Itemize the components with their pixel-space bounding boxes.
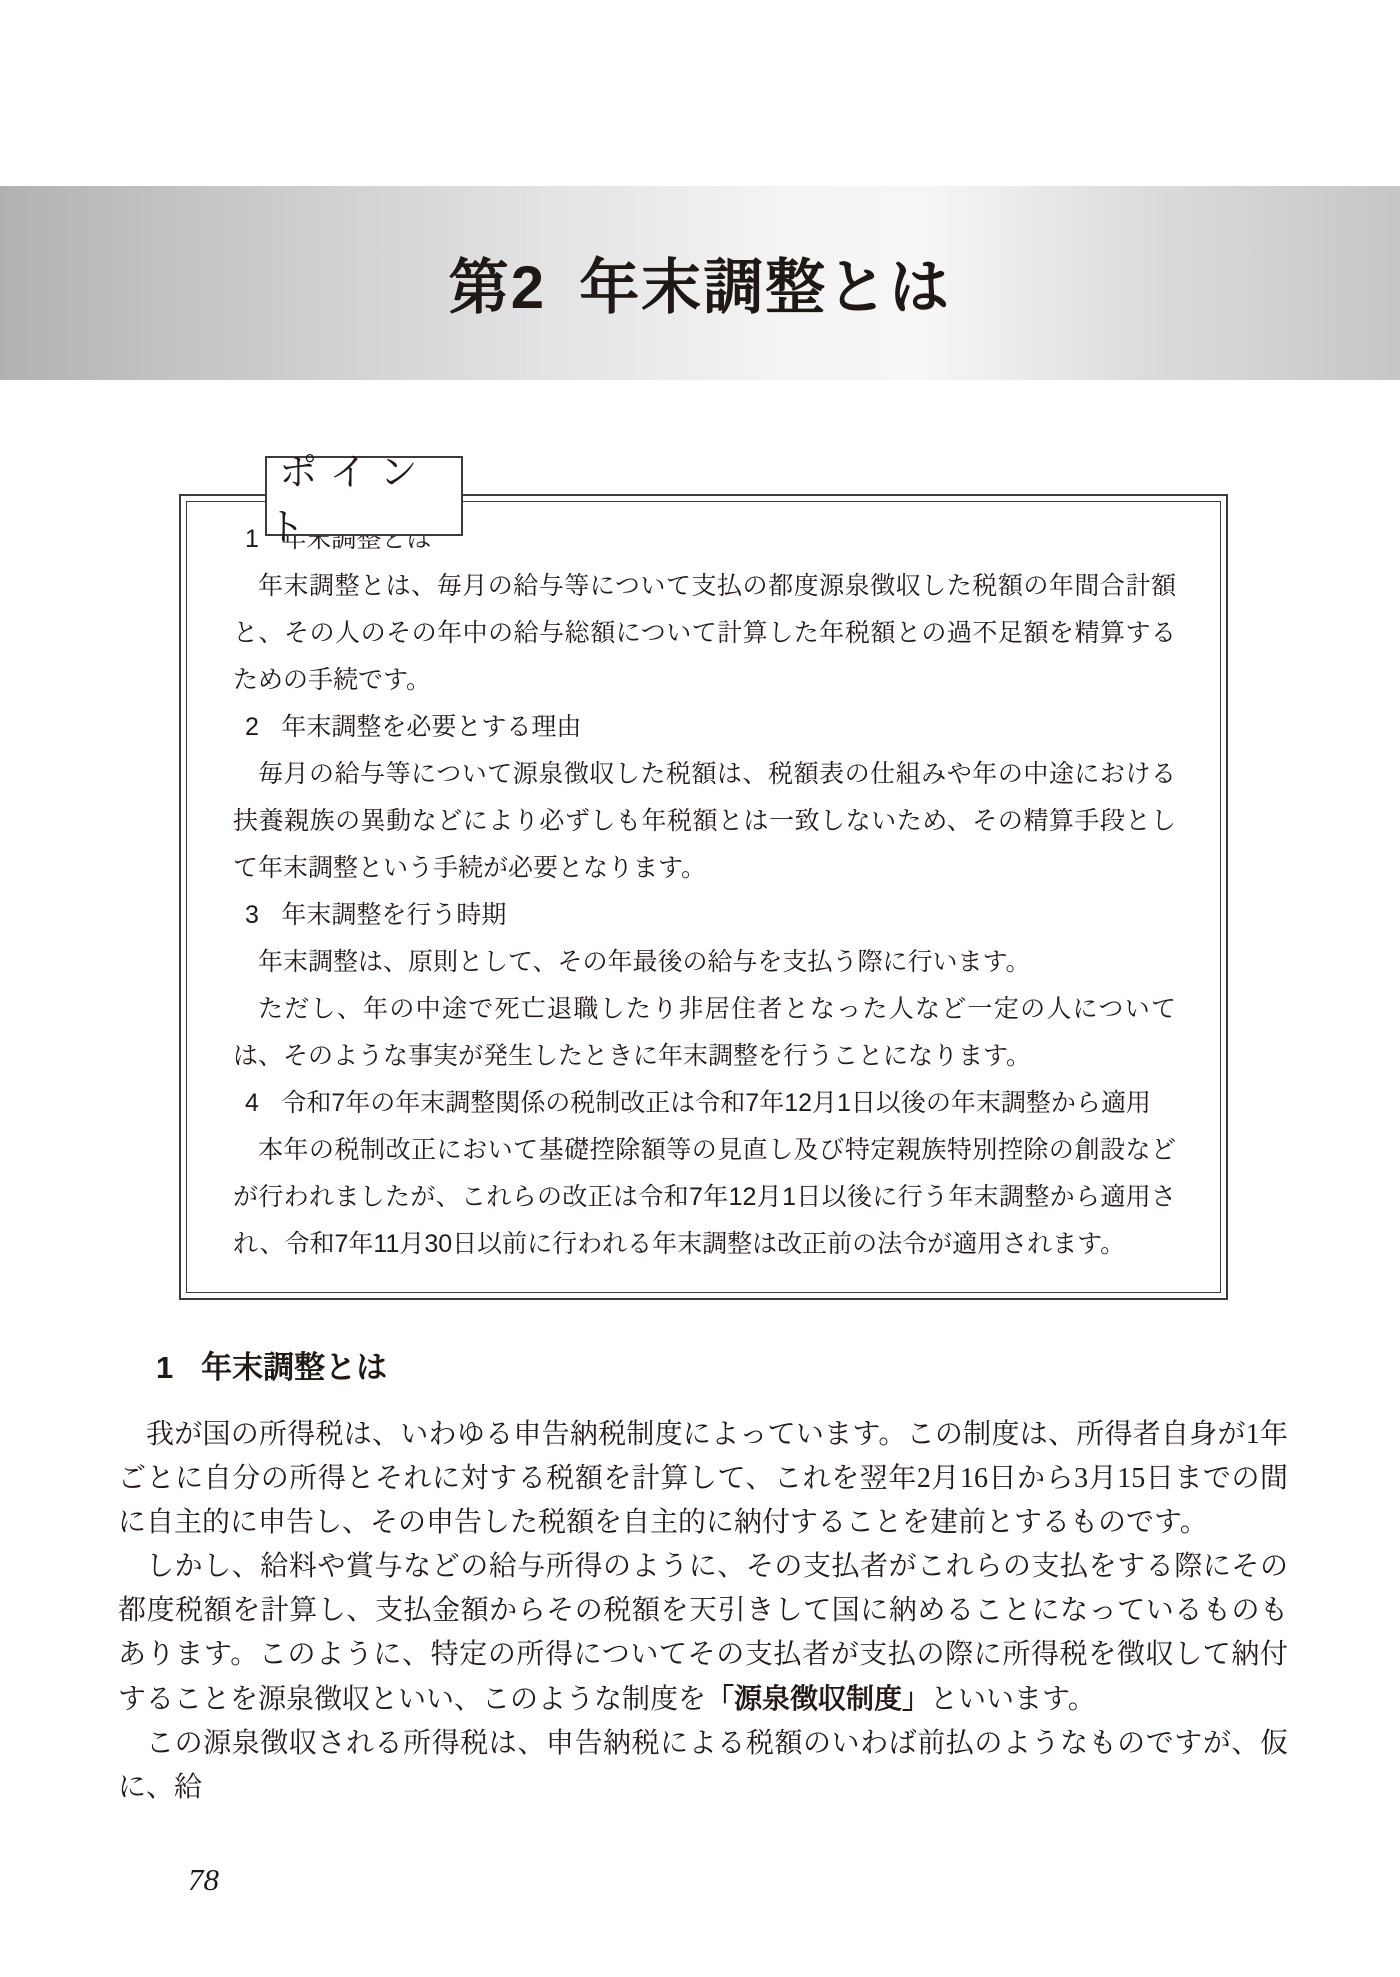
point-box-content: 1年末調整とは 年末調整とは、毎月の給与等について支払の都度源泉徴収した税額の年… — [186, 501, 1221, 1293]
point-item: 4令和7年の年末調整関係の税制改正は令和7年12月1日以後の年末調整から適用 本… — [233, 1080, 1176, 1268]
point-item-number: 1 — [245, 525, 259, 553]
body-paragraph: この源泉徴収される所得税は、申告納税による税額のいわば前払のようなものですが、仮… — [118, 1722, 1288, 1810]
point-item-title: 令和7年の年末調整関係の税制改正は令和7年12月1日以後の年末調整から適用 — [281, 1089, 1151, 1117]
point-item-paragraph: ただし、年の中途で死亡退職したり非居住者となった人など一定の人については、そのよ… — [233, 986, 1176, 1080]
body-paragraph: 我が国の所得税は、いわゆる申告納税制度によっています。この制度は、所得者自身が1… — [118, 1413, 1288, 1545]
chapter-title-text: 年末調整とは — [579, 254, 951, 321]
point-item: 2年末調整を必要とする理由 毎月の給与等について源泉徴収した税額は、税額表の仕組… — [233, 704, 1176, 892]
point-item-title: 年末調整を行う時期 — [281, 901, 506, 929]
body-paragraph: しかし、給料や賞与などの給与所得のように、その支払者がこれらの支払をする際にその… — [118, 1545, 1288, 1722]
chapter-banner: 第2年末調整とは — [0, 186, 1400, 380]
point-item-number: 4 — [245, 1089, 259, 1117]
body-text: 我が国の所得税は、いわゆる申告納税制度によっています。この制度は、所得者自身が1… — [118, 1413, 1288, 1810]
point-box-label: ポイント — [265, 456, 463, 536]
point-item-number: 2 — [245, 713, 259, 741]
paragraph-text: といいます。 — [930, 1684, 1096, 1715]
point-item-heading: 4令和7年の年末調整関係の税制改正は令和7年12月1日以後の年末調整から適用 — [233, 1080, 1176, 1127]
point-item-paragraph: 毎月の給与等について源泉徴収した税額は、税額表の仕組みや年の中途における扶養親族… — [233, 751, 1176, 892]
section-heading: 1年末調整とは — [156, 1342, 1400, 1387]
section-number: 1 — [156, 1350, 173, 1385]
chapter-title: 第2年末調整とは — [449, 240, 951, 326]
point-item-heading: 2年末調整を必要とする理由 — [233, 704, 1176, 751]
point-item-number: 3 — [245, 901, 259, 929]
point-item-paragraph: 年末調整とは、毎月の給与等について支払の都度源泉徴収した税額の年間合計額と、その… — [233, 563, 1176, 704]
point-item-title: 年末調整を必要とする理由 — [281, 713, 581, 741]
point-item-heading: 3年末調整を行う時期 — [233, 892, 1176, 939]
emphasized-term: 「源泉徴収制度」 — [706, 1683, 930, 1714]
chapter-number: 第2 — [449, 254, 546, 321]
point-box: ポイント 1年末調整とは 年末調整とは、毎月の給与等について支払の都度源泉徴収し… — [179, 494, 1228, 1300]
point-item: 3年末調整を行う時期 年末調整は、原則として、その年最後の給与を支払う際に行いま… — [233, 892, 1176, 1080]
page-number: 78 — [188, 1862, 1400, 1898]
section-title: 年末調整とは — [201, 1350, 387, 1385]
point-item-paragraph: 本年の税制改正において基礎控除額等の見直し及び特定親族特別控除の創設などが行われ… — [233, 1127, 1176, 1268]
paragraph-text: しかし、給料や賞与などの給与所得のように、その支払者がこれらの支払をする際にその… — [118, 1551, 1288, 1715]
point-item-paragraph: 年末調整は、原則として、その年最後の給与を支払う際に行います。 — [233, 939, 1176, 986]
